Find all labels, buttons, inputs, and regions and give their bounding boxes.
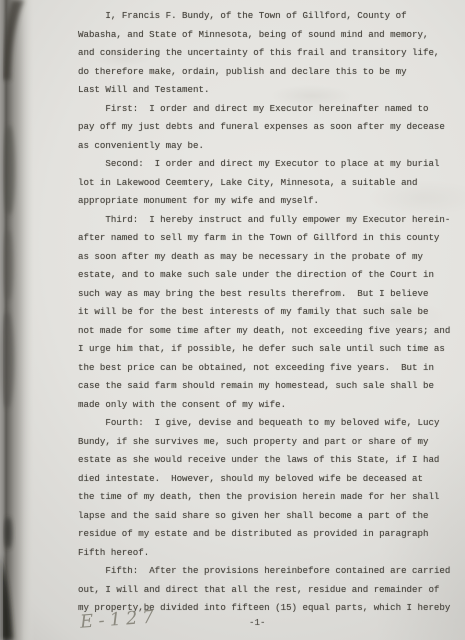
will-text-body: I, Francis F. Bundy, of the Town of Gill… <box>78 7 462 618</box>
will-paragraph-second: Second: I order and direct my Executor t… <box>78 155 462 211</box>
will-paragraph-first: First: I order and direct my Executor he… <box>78 100 462 156</box>
will-paragraph-third: Third: I hereby instruct and fully empow… <box>78 211 462 415</box>
will-paragraph-preamble: I, Francis F. Bundy, of the Town of Gill… <box>78 7 462 100</box>
book-binding-edge <box>0 0 36 640</box>
page-number: -1- <box>249 617 265 628</box>
handwritten-archive-number: E-127 <box>79 606 159 632</box>
scanned-will-page: I, Francis F. Bundy, of the Town of Gill… <box>0 0 465 640</box>
will-paragraph-fourth: Fourth: I give, devise and bequeath to m… <box>78 414 462 562</box>
